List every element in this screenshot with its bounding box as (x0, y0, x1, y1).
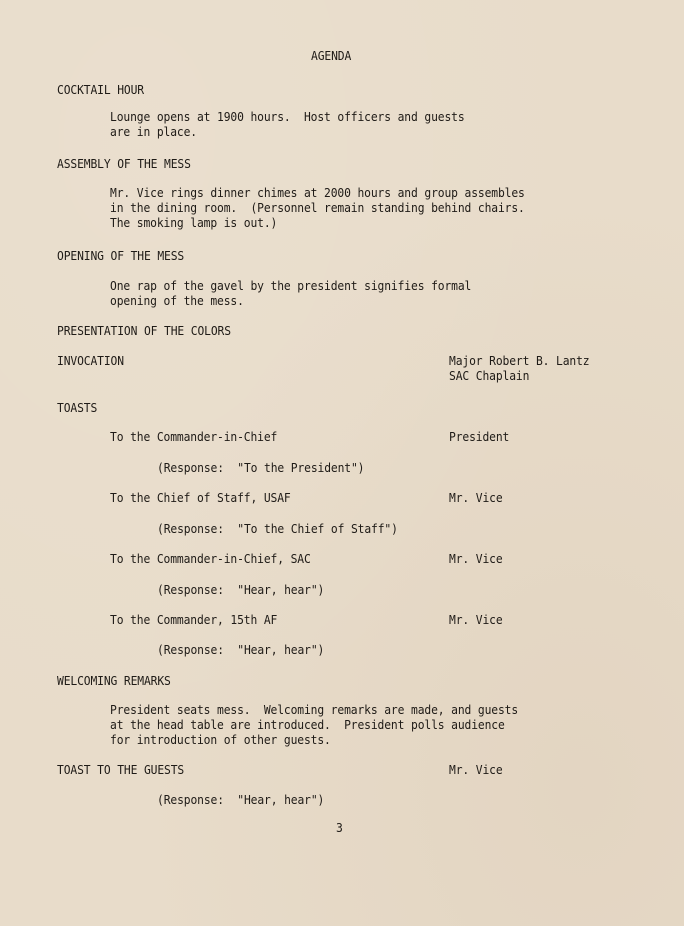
toast-response: (Response: "Hear, hear") (157, 792, 324, 807)
page-number: 3 (336, 820, 343, 835)
agenda-title: AGENDA (311, 48, 351, 63)
toast-speaker: Mr. Vice (449, 490, 503, 505)
section-body-line: President seats mess. Welcoming remarks … (110, 702, 518, 717)
toast-speaker: Mr. Vice (449, 612, 503, 627)
section-body-line: for introduction of other guests. (110, 732, 331, 747)
section-body-line: at the head table are introduced. Presid… (110, 717, 505, 732)
toast-speaker: President (449, 429, 509, 444)
section-heading-invocation: INVOCATION (57, 353, 124, 368)
document-page: AGENDA COCKTAIL HOUR Lounge opens at 190… (0, 0, 684, 926)
section-body-line: Mr. Vice rings dinner chimes at 2000 hou… (110, 185, 525, 200)
section-body-line: are in place. (110, 124, 197, 139)
toast-response: (Response: "Hear, hear") (157, 642, 324, 657)
toast-response: (Response: "To the President") (157, 460, 364, 475)
section-heading-cocktail-hour: COCKTAIL HOUR (57, 82, 144, 97)
section-body-line: The smoking lamp is out.) (110, 215, 277, 230)
invocation-speaker-title: SAC Chaplain (449, 368, 529, 383)
section-body-line: Lounge opens at 1900 hours. Host officer… (110, 109, 465, 124)
section-heading-welcoming-remarks: WELCOMING REMARKS (57, 673, 171, 688)
section-body-line: in the dining room. (Personnel remain st… (110, 200, 525, 215)
toast-item: To the Commander-in-Chief (110, 429, 277, 444)
section-heading-toasts: TOASTS (57, 400, 97, 415)
section-body-line: One rap of the gavel by the president si… (110, 278, 471, 293)
section-heading-toast-to-the-guests: TOAST TO THE GUESTS (57, 762, 184, 777)
section-body-line: opening of the mess. (110, 293, 244, 308)
invocation-speaker-name: Major Robert B. Lantz (449, 353, 589, 368)
toast-speaker: Mr. Vice (449, 551, 503, 566)
toast-response: (Response: "To the Chief of Staff") (157, 521, 398, 536)
toast-item: To the Commander, 15th AF (110, 612, 277, 627)
toast-item: To the Commander-in-Chief, SAC (110, 551, 311, 566)
toast-item: To the Chief of Staff, USAF (110, 490, 291, 505)
section-heading-opening-of-the-mess: OPENING OF THE MESS (57, 248, 184, 263)
section-heading-assembly-of-the-mess: ASSEMBLY OF THE MESS (57, 156, 191, 171)
toast-response: (Response: "Hear, hear") (157, 582, 324, 597)
toast-speaker: Mr. Vice (449, 762, 503, 777)
section-heading-presentation-of-the-colors: PRESENTATION OF THE COLORS (57, 323, 231, 338)
